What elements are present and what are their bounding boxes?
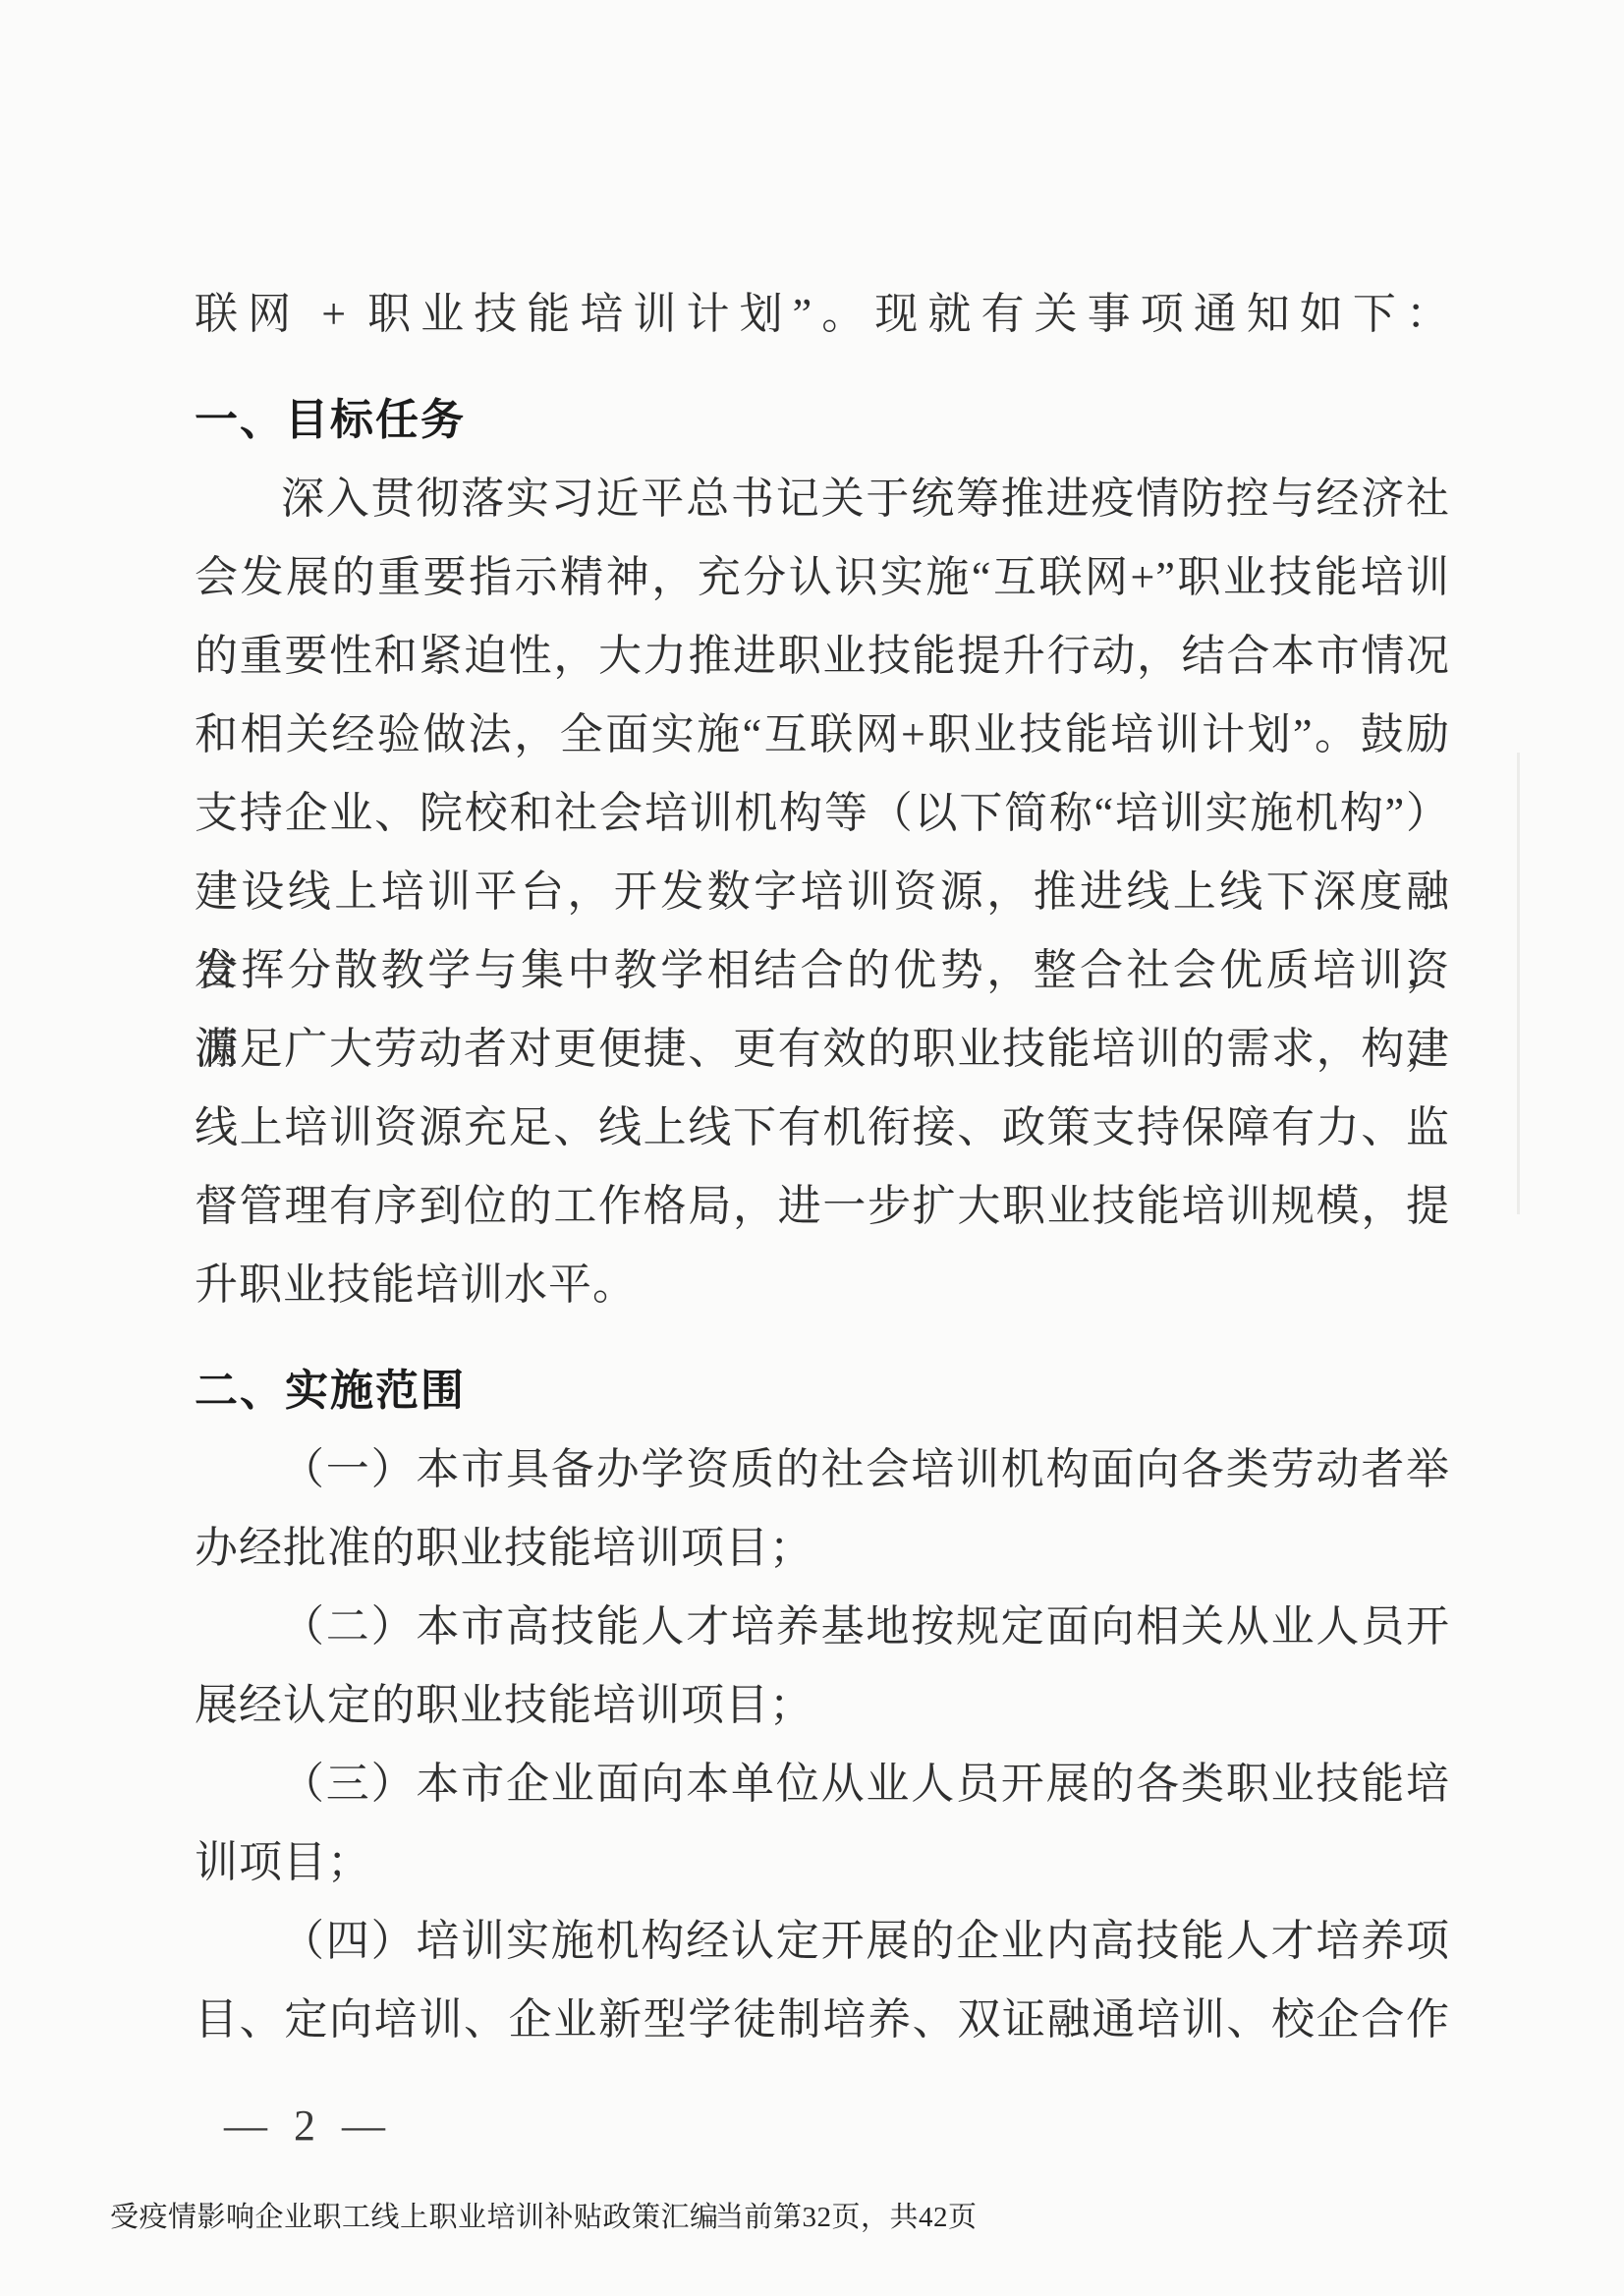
scan-artifact-line: [1517, 753, 1520, 1214]
text-line: 和相关经验做法，全面实施“互联网+职业技能培训计划”。鼓励: [195, 696, 1450, 774]
text-line: 目、定向培训、企业新型学徒制培养、双证融通培训、校企合作: [195, 1981, 1450, 2059]
text-line: （一）本市具备办学资质的社会培训机构面向各类劳动者举: [195, 1430, 1450, 1509]
text-line: 督管理有序到位的工作格局，进一步扩大职业技能培训规模，提: [195, 1167, 1450, 1246]
text-line: 展经认定的职业技能培训项目；: [195, 1666, 1450, 1745]
text-line: 联网 + 职业技能培训计划”。现就有关事项通知如下：: [195, 275, 1450, 354]
document-body: 联网 + 职业技能培训计划”。现就有关事项通知如下： 一、目标任务 深入贯彻落实…: [195, 275, 1450, 2059]
text-line: 建设线上培训平台，开发数字培训资源，推进线上线下深度融合，: [195, 853, 1450, 931]
text-line: （四）培训实施机构经认定开展的企业内高技能人才培养项: [195, 1902, 1450, 1981]
text-line: 升职业技能培训水平。: [195, 1246, 1450, 1324]
text-line: 发挥分散教学与集中教学相结合的优势，整合社会优质培训资源，: [195, 931, 1450, 1010]
text-line: （三）本市企业面向本单位从业人员开展的各类职业技能培: [195, 1745, 1450, 1823]
footer-page-indicator: 当前第32页，共42页: [715, 2195, 978, 2235]
text-line: 会发展的重要指示精神，充分认识实施“互联网+”职业技能培训: [195, 538, 1450, 617]
text-line: 办经批准的职业技能培训项目；: [195, 1509, 1450, 1588]
page-number: — 2 —: [224, 2100, 393, 2151]
text-line: 的重要性和紧迫性，大力推进职业技能提升行动，结合本市情况: [195, 617, 1450, 696]
document-page: 联网 + 职业技能培训计划”。现就有关事项通知如下： 一、目标任务 深入贯彻落实…: [0, 0, 1624, 2296]
text-line: 线上培训资源充足、线上线下有机衔接、政策支持保障有力、监: [195, 1089, 1450, 1167]
section-heading: 二、实施范围: [195, 1352, 1450, 1430]
text-line: 训项目；: [195, 1823, 1450, 1902]
text-line: 深入贯彻落实习近平总书记关于统筹推进疫情防控与经济社: [195, 460, 1450, 538]
text-line: 满足广大劳动者对更便捷、更有效的职业技能培训的需求，构建: [195, 1010, 1450, 1089]
section-heading: 一、目标任务: [195, 381, 1450, 460]
text-line: 支持企业、院校和社会培训机构等（以下简称“培训实施机构”）: [195, 774, 1450, 853]
footer-title: 受疫情影响企业职工线上职业培训补贴政策汇编: [110, 2195, 719, 2235]
text-line: （二）本市高技能人才培养基地按规定面向相关从业人员开: [195, 1588, 1450, 1666]
